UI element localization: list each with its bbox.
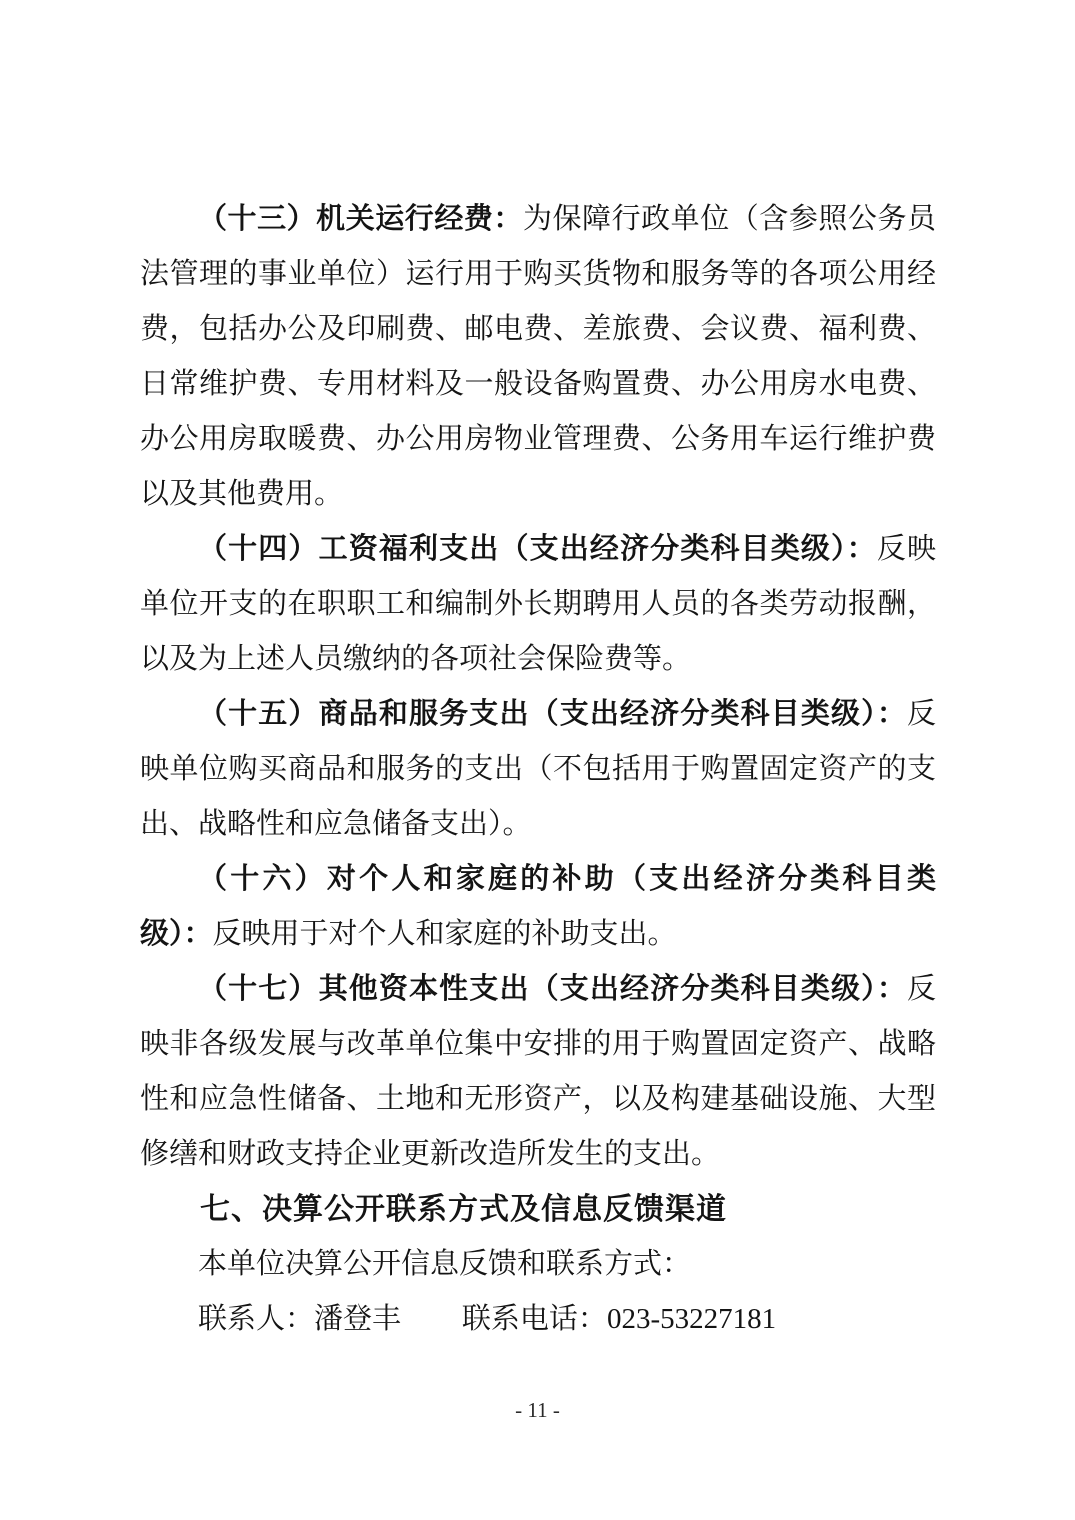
- document-page: （十三）机关运行经费：为保障行政单位（含参照公务员法管理的事业单位）运行用于购买…: [0, 0, 1075, 1520]
- paragraph-14: （十四）工资福利支出（支出经济分类科目类级）：反映单位开支的在职职工和编制外长期…: [140, 522, 936, 687]
- contact-person-name: 潘登丰: [314, 1303, 401, 1335]
- paragraph-17: （十七）其他资本性支出（支出经济分类科目类级）：反映非各级发展与改革单位集中安排…: [140, 962, 936, 1182]
- contact-intro: 本单位决算公开信息反馈和联系方式：: [140, 1237, 936, 1292]
- section-heading: 七、决算公开联系方式及信息反馈渠道: [140, 1182, 936, 1237]
- paragraph-16-body: 反映用于对个人和家庭的补助支出。: [213, 918, 677, 950]
- page-number: - 11 -: [0, 1398, 1075, 1423]
- paragraph-13: （十三）机关运行经费：为保障行政单位（含参照公务员法管理的事业单位）运行用于购买…: [140, 192, 936, 522]
- paragraph-17-lead: （十七）其他资本性支出（支出经济分类科目类级）：: [198, 973, 907, 1005]
- paragraph-15-lead: （十五）商品和服务支出（支出经济分类科目类级）：: [198, 698, 907, 730]
- contact-line: 联系人：潘登丰联系电话：023-53227181: [140, 1292, 936, 1347]
- paragraph-15: （十五）商品和服务支出（支出经济分类科目类级）：反映单位购买商品和服务的支出（不…: [140, 687, 936, 852]
- contact-person-label: 联系人：: [198, 1303, 314, 1335]
- paragraph-14-lead: （十四）工资福利支出（支出经济分类科目类级）：: [198, 533, 877, 565]
- contact-phone-label: 联系电话：: [462, 1303, 607, 1335]
- paragraph-13-lead: （十三）机关运行经费：: [198, 203, 523, 235]
- contact-phone-number: 023-53227181: [607, 1303, 776, 1335]
- document-content: （十三）机关运行经费：为保障行政单位（含参照公务员法管理的事业单位）运行用于购买…: [140, 192, 936, 1347]
- paragraph-16: （十六）对个人和家庭的补助（支出经济分类科目类级）：反映用于对个人和家庭的补助支…: [140, 852, 936, 962]
- paragraph-13-body: 为保障行政单位（含参照公务员法管理的事业单位）运行用于购买货物和服务等的各项公用…: [140, 203, 936, 510]
